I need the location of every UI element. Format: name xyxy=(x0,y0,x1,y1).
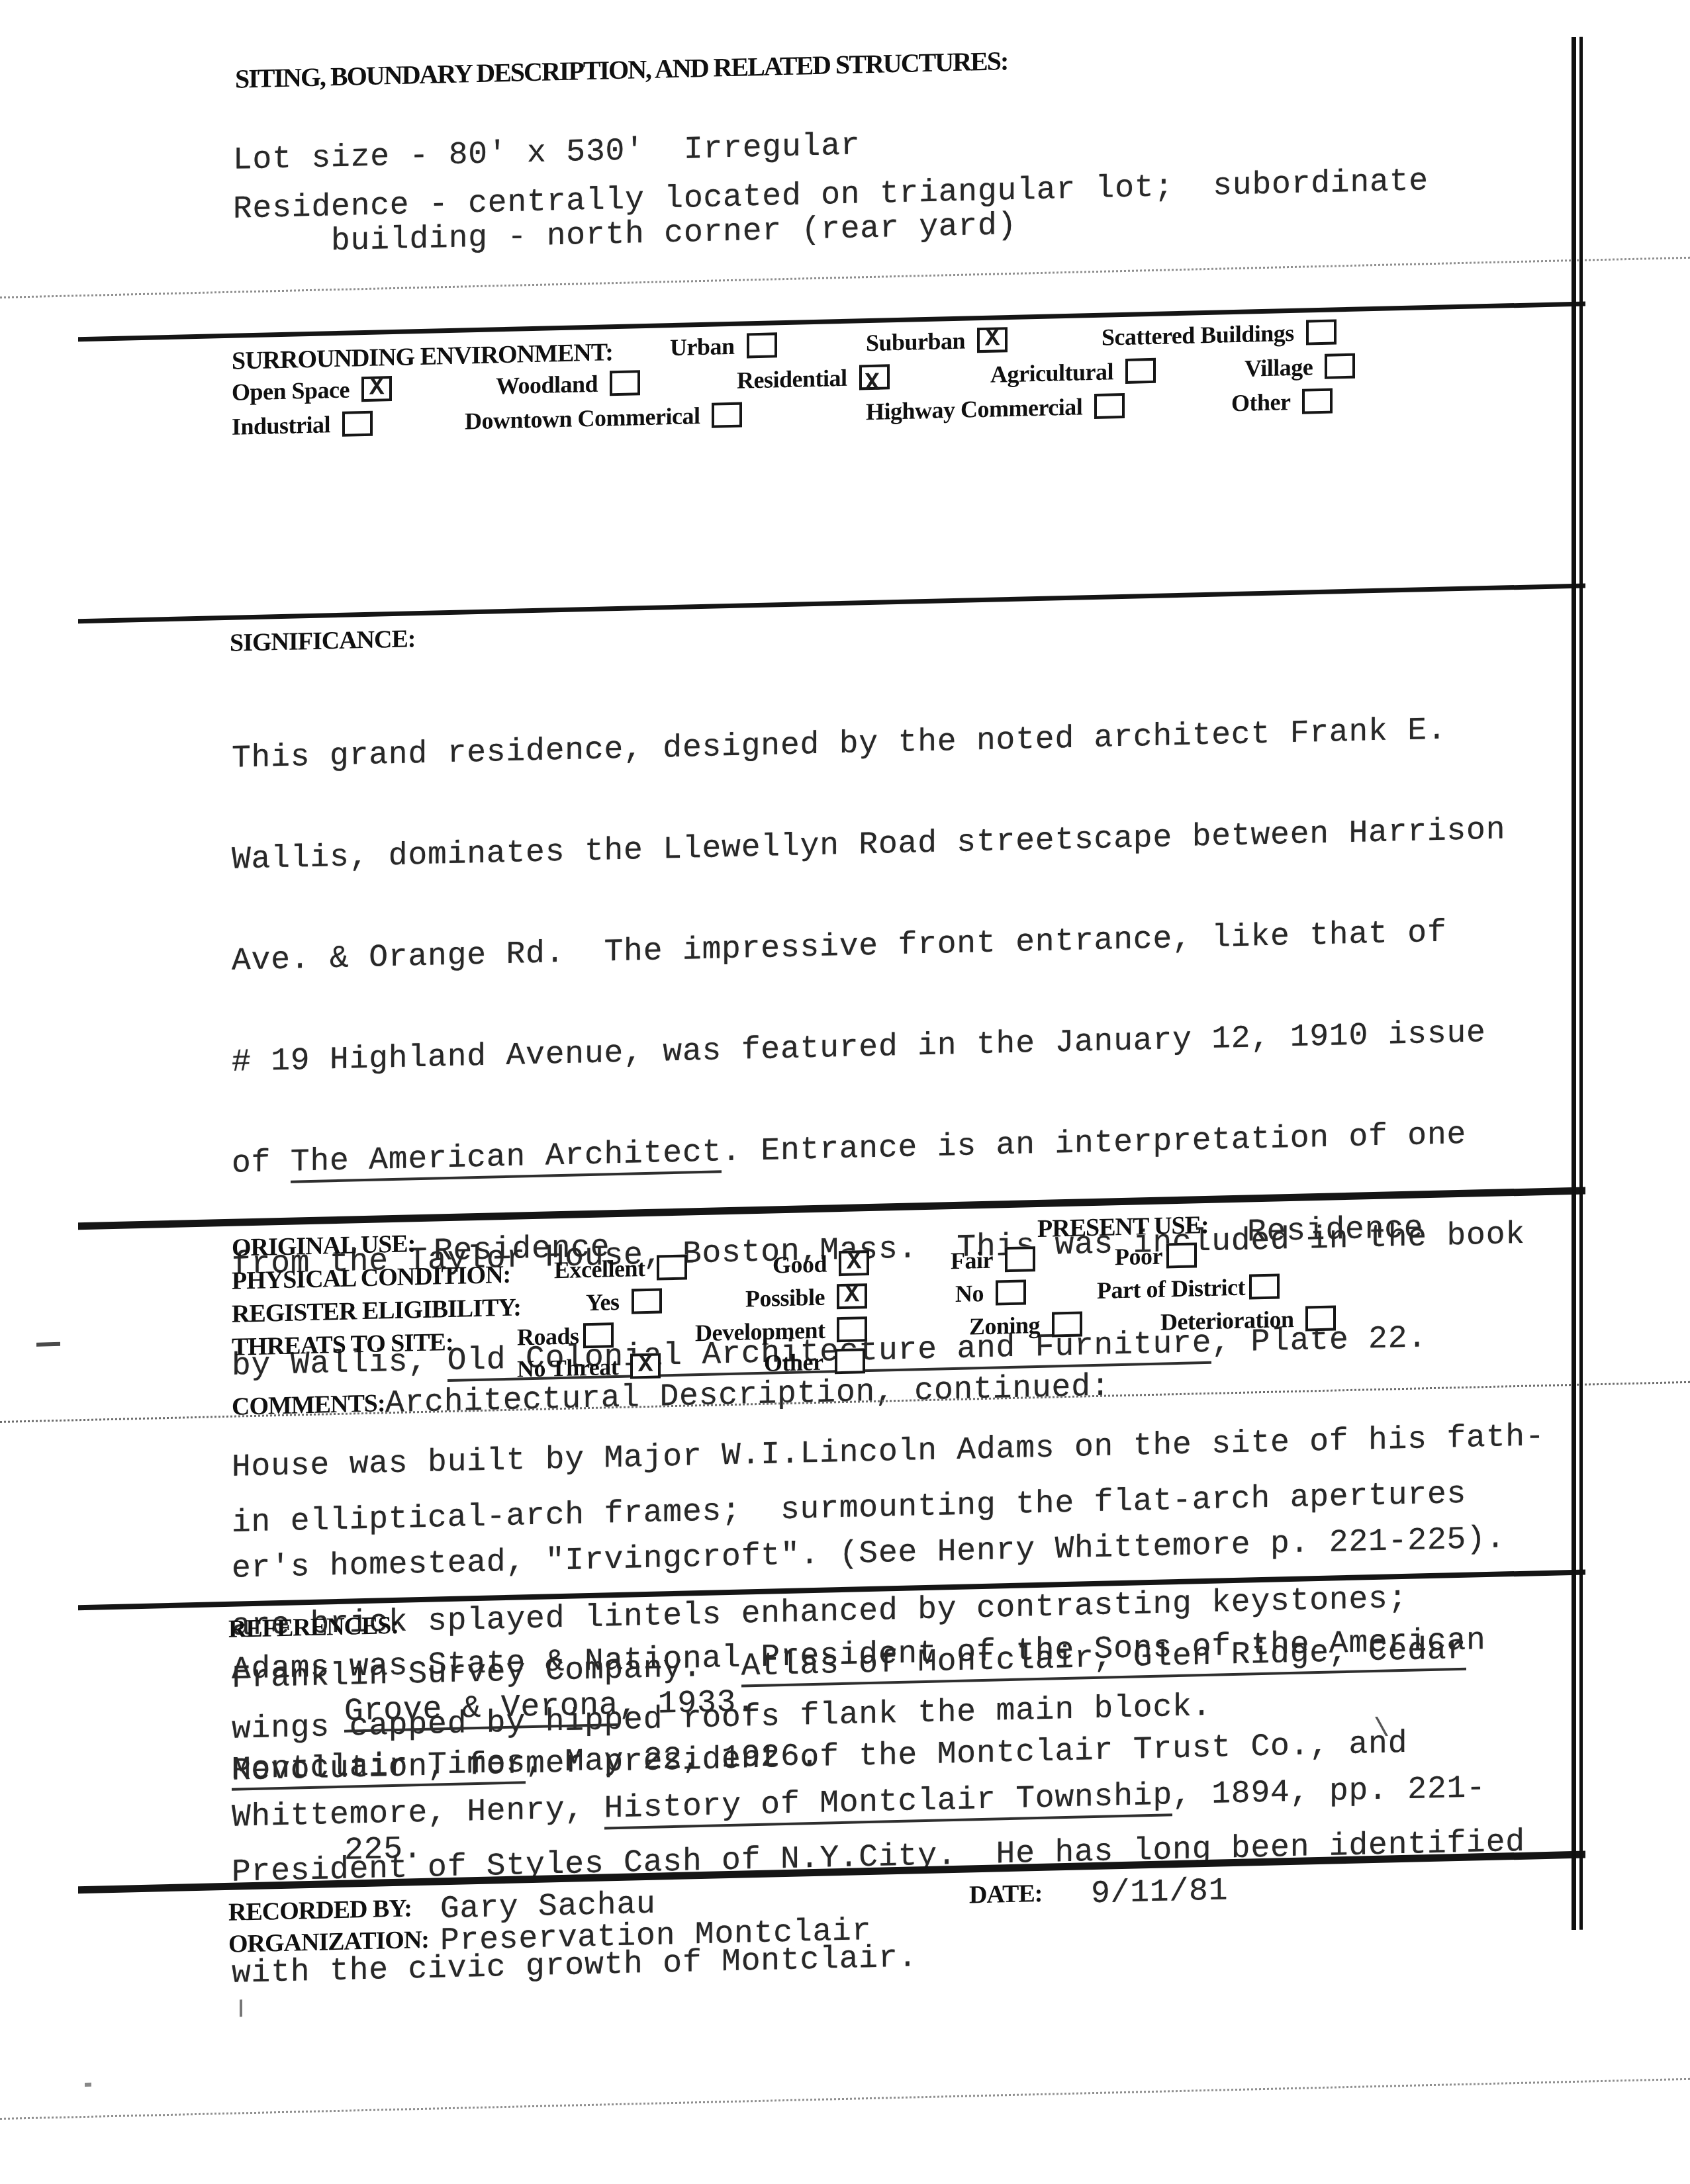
option-no-threat-checkbox xyxy=(630,1353,661,1379)
option-highway-commercial-label: Highway Commercial xyxy=(866,392,1082,426)
option-roads: Roads xyxy=(517,1321,614,1351)
option-scattered-buildings-label: Scattered Buildings xyxy=(1102,319,1294,351)
option-part-of-district: Part of District xyxy=(1097,1272,1280,1304)
option-poor-checkbox xyxy=(1166,1242,1197,1268)
scan-artifact-backslash: \ xyxy=(1374,1715,1390,1745)
option-residential: Residential xyxy=(737,363,890,394)
scan-artifact-dot-bottom-left xyxy=(85,2083,91,2087)
present-use-label: PRESENT USE: xyxy=(1037,1210,1209,1244)
option-zoning-checkbox xyxy=(1052,1311,1082,1337)
option-open-space-label: Open Space xyxy=(232,376,350,406)
references-label: REFERENCES: xyxy=(228,1611,399,1644)
option-downtown-commercial-checkbox xyxy=(712,402,742,428)
option-highway-commercial-checkbox xyxy=(1094,393,1125,419)
option-urban: Urban xyxy=(670,331,777,361)
date-label: DATE: xyxy=(969,1879,1042,1910)
option-fair-label: Fair xyxy=(951,1246,993,1275)
option-yes-label: Yes xyxy=(586,1288,620,1316)
reference-text: , 1933. xyxy=(618,1684,755,1723)
option-other-environment: Other xyxy=(1231,387,1333,418)
reference-text: , May 22, 1926. xyxy=(526,1739,820,1781)
option-deterioration-label: Deterioration xyxy=(1160,1305,1293,1336)
underlined-title-montclair-times: Montclair Times xyxy=(232,1745,526,1790)
option-other-environment-label: Other xyxy=(1231,388,1290,417)
option-part-of-district-label: Part of District xyxy=(1097,1273,1245,1304)
option-residential-checkbox xyxy=(859,364,890,390)
option-agricultural: Agricultural xyxy=(990,357,1156,388)
option-no-checkbox xyxy=(996,1279,1026,1305)
option-excellent-checkbox xyxy=(657,1255,687,1281)
option-urban-checkbox xyxy=(747,332,777,358)
option-good: Good xyxy=(773,1249,869,1279)
option-possible-checkbox xyxy=(837,1283,867,1309)
scan-content: SITING, BOUNDARY DESCRIPTION, AND RELATE… xyxy=(0,0,1690,2184)
threats-to-site-label: THREATS TO SITE: xyxy=(232,1328,453,1362)
option-deterioration-checkbox xyxy=(1305,1305,1336,1331)
option-industrial: Industrial xyxy=(232,410,373,441)
option-poor-label: Poor xyxy=(1115,1242,1162,1271)
right-margin-double-rule xyxy=(1572,37,1583,1930)
option-scattered-buildings-checkbox xyxy=(1306,319,1337,345)
significance-line: Ave. & Orange Rd. The impressive front e… xyxy=(232,914,1545,979)
section-divider-rule-2 xyxy=(78,584,1585,624)
option-yes-checkbox xyxy=(632,1288,662,1314)
option-woodland-label: Woodland xyxy=(496,370,598,400)
option-zoning: Zoning xyxy=(969,1310,1082,1340)
section-divider-rule-1 xyxy=(78,302,1585,342)
underlined-title-american-architect: The American Architect xyxy=(291,1134,722,1183)
significance-line-segment: . Entrance is an interpretation of one xyxy=(722,1117,1466,1171)
option-no-label: No xyxy=(955,1279,984,1308)
option-zoning-label: Zoning xyxy=(969,1311,1040,1341)
original-use-label: ORIGINAL USE: xyxy=(232,1229,415,1263)
option-agricultural-checkbox xyxy=(1125,358,1156,384)
option-other-threat-label: Other xyxy=(764,1348,823,1377)
option-urban-label: Urban xyxy=(670,332,735,361)
significance-line: # 19 Highland Avenue, was featured in th… xyxy=(232,1015,1545,1080)
option-possible-label: Possible xyxy=(745,1283,825,1313)
option-village-checkbox xyxy=(1325,353,1355,379)
option-village-label: Village xyxy=(1244,353,1313,382)
reference-text: , 1894, pp. 221- xyxy=(1172,1770,1486,1813)
option-yes: Yes xyxy=(586,1287,662,1316)
option-development: Development xyxy=(695,1315,867,1347)
option-downtown-commercial: Downtown Commerical xyxy=(465,401,742,435)
option-suburban-label: Suburban xyxy=(866,327,965,357)
significance-label: SIGNIFICANCE: xyxy=(230,624,415,658)
recorded-by-label: RECORDED BY: xyxy=(228,1893,412,1927)
option-open-space-checkbox xyxy=(361,376,392,402)
option-fair: Fair xyxy=(951,1245,1035,1275)
comments-line: in elliptical-arch frames; surmounting t… xyxy=(232,1477,1466,1541)
option-other-environment-checkbox xyxy=(1302,388,1333,414)
option-industrial-checkbox xyxy=(342,411,373,437)
option-downtown-commercial-label: Downtown Commerical xyxy=(465,402,700,435)
option-scattered-buildings: Scattered Buildings xyxy=(1102,318,1337,351)
option-no: No xyxy=(955,1278,1026,1308)
option-part-of-district-checkbox xyxy=(1249,1273,1280,1299)
option-roads-checkbox xyxy=(583,1322,614,1348)
option-possible: Possible xyxy=(745,1282,867,1312)
option-agricultural-label: Agricultural xyxy=(990,357,1113,388)
option-village: Village xyxy=(1244,352,1355,383)
option-poor: Poor xyxy=(1115,1241,1197,1271)
option-highway-commercial: Highway Commercial xyxy=(866,392,1125,426)
scanned-survey-form-page: SITING, BOUNDARY DESCRIPTION, AND RELATE… xyxy=(0,0,1690,2184)
surrounding-environment-label: SURROUNDING ENVIRONMENT: xyxy=(232,338,613,376)
scan-artifact-tick-bottom-left xyxy=(240,1999,242,2017)
option-good-label: Good xyxy=(773,1250,827,1279)
scan-artifact-dash-left-margin xyxy=(36,1342,60,1347)
scan-artifact-dotted-line-bottom xyxy=(0,2078,1690,2120)
option-other-threat-checkbox xyxy=(835,1348,865,1374)
option-industrial-label: Industrial xyxy=(232,410,330,441)
option-suburban: Suburban xyxy=(866,326,1008,357)
option-excellent-label: Excellent xyxy=(554,1254,645,1284)
significance-line: Wallis, dominates the Llewellyn Road str… xyxy=(232,813,1545,878)
siting-section-heading: SITING, BOUNDARY DESCRIPTION, AND RELATE… xyxy=(235,45,1008,95)
reference-entry-3-continued: 225. xyxy=(344,1831,422,1869)
option-other-threat: Other xyxy=(764,1347,865,1377)
option-development-label: Development xyxy=(695,1316,825,1347)
option-residential-label: Residential xyxy=(737,364,847,394)
significance-line: of The American Architect. Entrance is a… xyxy=(232,1116,1545,1181)
option-development-checkbox xyxy=(837,1316,867,1342)
option-no-threat-label: No Threat xyxy=(517,1353,618,1383)
option-roads-label: Roads xyxy=(517,1322,579,1351)
lot-size-line: Lot size - 80' x 530' Irregular xyxy=(233,128,860,178)
organization-label: ORGANIZATION: xyxy=(228,1925,429,1959)
option-deterioration: Deterioration xyxy=(1160,1304,1336,1336)
option-woodland-checkbox xyxy=(610,370,640,396)
option-excellent: Excellent xyxy=(554,1253,687,1285)
option-fair-checkbox xyxy=(1005,1246,1035,1272)
date-value: 9/11/81 xyxy=(1091,1873,1228,1912)
option-woodland: Woodland xyxy=(496,369,640,400)
option-open-space: Open Space xyxy=(232,375,392,406)
significance-line-segment: of xyxy=(232,1145,291,1182)
option-no-threat: No Threat xyxy=(517,1351,661,1383)
option-good-checkbox xyxy=(839,1250,869,1276)
option-suburban-checkbox xyxy=(977,327,1008,353)
underlined-title-atlas-continued: Grove & Verona xyxy=(344,1688,618,1733)
present-use-value: Residence xyxy=(1247,1210,1423,1250)
scan-artifact-dotted-line-top xyxy=(0,257,1690,298)
significance-line: This grand residence, designed by the no… xyxy=(232,711,1545,776)
